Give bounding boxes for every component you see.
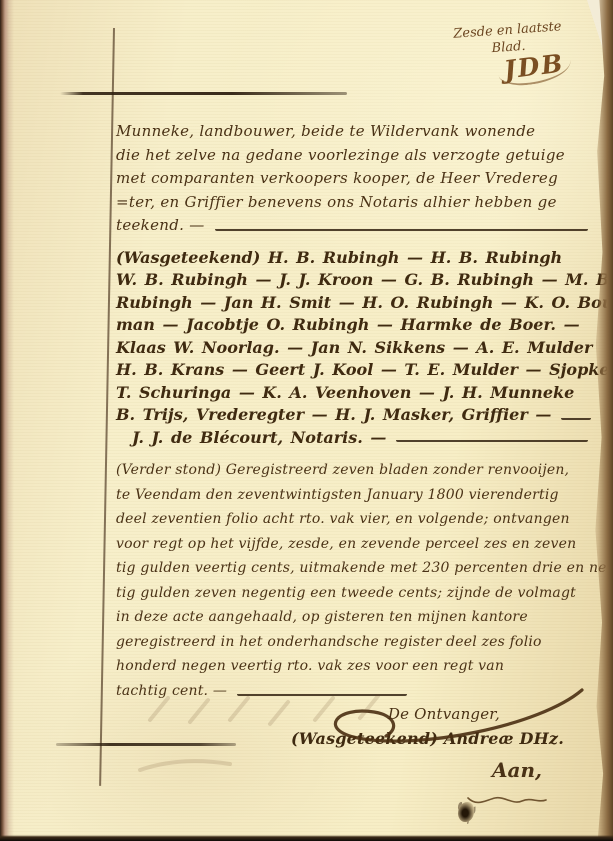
signature-line: W. B. Rubingh — J. J. Kroon — G. B. Rubi… <box>116 269 592 292</box>
receiver-title: De Ontvanger, <box>116 703 592 726</box>
receiver-signature: (Wasgeteekend) Andreæ DHz. <box>116 726 592 752</box>
margin-rule-vertical <box>99 28 114 786</box>
margin-rule-top <box>60 92 347 95</box>
registration-line: te Veendam den zeventwintigsten January … <box>116 483 592 508</box>
registration-line: (Verder stond) Geregistreerd zeven blade… <box>116 458 592 483</box>
signature-line: Rubingh — Jan H. Smit — H. O. Rubingh — … <box>116 292 592 315</box>
addressee-label: Aan, <box>492 758 542 782</box>
ink-blot <box>458 802 474 822</box>
ink-rule <box>561 414 591 420</box>
signature-line: T. Schuringa — K. A. Veenhoven — J. H. M… <box>116 382 592 405</box>
signature-line: man — Jacobtje O. Rubingh — Harmke de Bo… <box>116 314 592 337</box>
registration-line: voor regt op het vijfde, zesde, en zeven… <box>116 532 592 557</box>
registration-line: tig gulden zeven negentig een tweede cen… <box>116 581 592 606</box>
registration-line: tig gulden veertig cents, uitmakende met… <box>116 556 592 581</box>
registration-line: geregistreerd in het onderhandsche regis… <box>116 630 592 655</box>
manuscript-line: =ter, en Griffier benevens ons Notaris a… <box>116 191 592 215</box>
closing-paragraph: Munneke, landbouwer, beide te Wildervank… <box>116 120 592 238</box>
page-edge-right <box>591 0 613 841</box>
registration-line: deel zeventien folio acht rto. vak vier,… <box>116 507 592 532</box>
manuscript-body: Munneke, landbouwer, beide te Wildervank… <box>116 120 592 752</box>
registration-line: tachtig cent. — <box>116 679 592 704</box>
manuscript-line: Munneke, landbouwer, beide te Wildervank… <box>116 120 592 144</box>
signature-line: Klaas W. Noorlag. — Jan N. Sikkens — A. … <box>116 337 592 360</box>
manuscript-line: die het zelve na gedane voorlezinge als … <box>116 144 592 168</box>
registration-line: in deze acte aangehaald, op gisteren ten… <box>116 605 592 630</box>
manuscript-line: teekend. — <box>116 214 592 238</box>
page-edge-bottom <box>0 835 613 841</box>
signature-line: (Wasgeteekend) H. B. Rubingh — H. B. Rub… <box>116 247 592 270</box>
ink-rule <box>215 225 588 231</box>
registration-note: (Verder stond) Geregistreerd zeven blade… <box>116 458 592 752</box>
ink-rule <box>396 436 588 442</box>
signature-line: H. B. Krans — Geert J. Kool — T. E. Muld… <box>116 359 592 382</box>
signature-line: J. J. de Blécourt, Notaris. — <box>116 427 592 450</box>
signature-list: (Wasgeteekend) H. B. Rubingh — H. B. Rub… <box>116 247 592 450</box>
page-edge-left <box>0 0 14 841</box>
signature-line: B. Trijs, Vrederegter — H. J. Masker, Gr… <box>116 404 592 427</box>
manuscript-page: Zesde en laatste Blad. JDB Munneke, land… <box>0 0 613 841</box>
manuscript-line: met comparanten verkoopers kooper, de He… <box>116 167 592 191</box>
ink-rule <box>237 690 407 696</box>
registration-line: honderd negen veertig rto. vak zes voor … <box>116 654 592 679</box>
